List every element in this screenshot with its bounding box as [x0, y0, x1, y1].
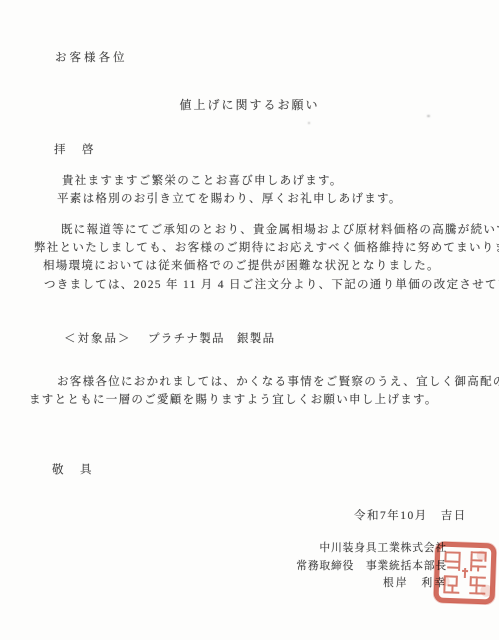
salutation-closing: 敬 具 — [52, 461, 94, 477]
appeal-line-2: ますとともに一層のご愛顧を賜りますよう宜しくお願い申し上げます。 — [29, 391, 438, 407]
recipient-line: お客様各位 — [55, 49, 128, 65]
company-seal-stamp-icon — [432, 540, 498, 606]
body-line-1: 既に報道等にてご承知のとおり、貴金属相場および原材料価格の高騰が続いております。 — [61, 221, 499, 237]
body-line-3: 相場環境においては従来価格でのご提供が困難な状況となりました。 — [43, 257, 440, 273]
subject-item-platinum: プラチナ製品 — [148, 330, 225, 346]
subject-items-label: ＜対象品＞ — [64, 330, 132, 346]
greeting-line-2: 平素は格別のお引き立てを賜わり、厚くお礼申しあげます。 — [57, 190, 402, 206]
letter-title: 値上げに関するお願い — [0, 96, 499, 113]
appeal-line-1: お客様各位におかれましては、かくなる事情をご賢察のうえ、宜しく御高配のほどお願い… — [57, 373, 499, 389]
date-line: 令和7年10月 吉日 — [354, 507, 467, 523]
body-request-line: つきましては、2025 年 11 月 4 日ご注文分より、下記の通り単価の改定さ… — [44, 276, 499, 292]
salutation-opening: 拝 啓 — [54, 141, 96, 157]
letter-page: お客様各位 値上げに関するお願い 拝 啓 貴社ますますご繁栄のことお喜び申しあげ… — [0, 0, 499, 640]
signature-title: 常務取締役 事業統括本部長 — [296, 558, 447, 573]
body-line-2: 弊社といたしましても、お客様のご期待にお応えすべく価格維持に努めてまいりましたが… — [34, 239, 499, 255]
subject-item-silver: 銀製品 — [237, 330, 275, 346]
signature-company: 中川装身具工業株式会社 — [319, 540, 447, 555]
scan-speck — [308, 122, 310, 124]
scan-speck — [427, 115, 430, 117]
greeting-line-1: 貴社ますますご繁栄のことお喜び申しあげます。 — [62, 172, 343, 188]
